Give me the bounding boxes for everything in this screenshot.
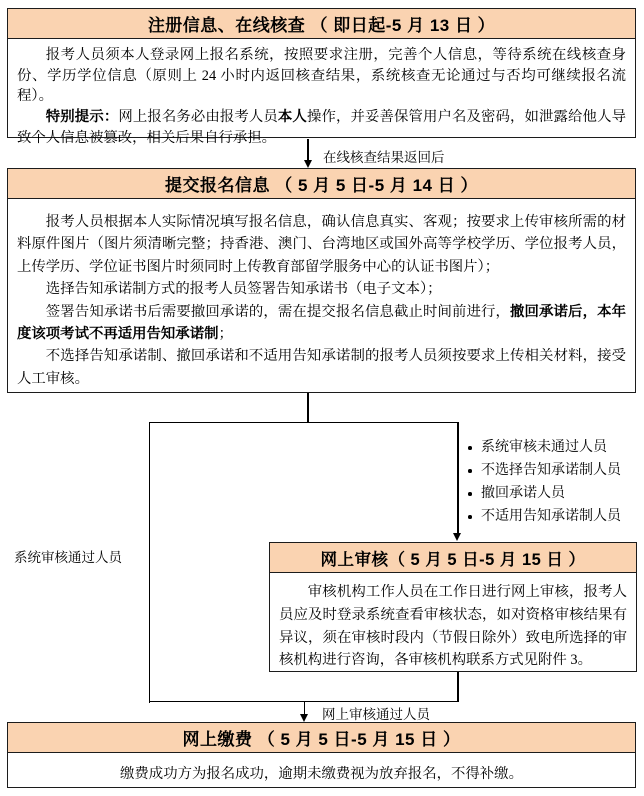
connector-line — [149, 422, 459, 423]
connector-label-online-check: 在线核查结果返回后 — [323, 146, 445, 166]
arrow-down-icon — [304, 160, 312, 168]
connector-line — [307, 393, 308, 423]
connector-label-review-passed: 网上审核通过人员 — [322, 703, 430, 723]
step-title-online-review: 网上审核（ 5 月 5 日-5 月 15 日 ） — [270, 543, 636, 573]
connector-line — [149, 422, 150, 703]
step-title-submit-info: 提交报名信息 （ 5 月 5 日-5 月 14 日 ） — [8, 169, 635, 199]
arrow-down-icon — [300, 714, 308, 722]
connector-line — [307, 139, 308, 161]
step-title-register: 注册信息、在线核查 （ 即日起-5 月 13 日 ） — [8, 9, 635, 39]
connector-line — [457, 672, 458, 702]
step-body-submit-info: 报考人员根据本人实际情况填写报名信息，确认信息真实、客观；按要求上传审核所需的材… — [8, 199, 635, 390]
connector-line — [304, 701, 305, 715]
branch-condition-list: 系统审核未通过人员不选择告知承诺制人员撤回承诺人员不适用告知承诺制人员 — [466, 436, 621, 528]
connector-line — [457, 422, 458, 534]
left-path-label-system-passed: 系统审核通过人员 — [14, 546, 122, 566]
step-body-payment: 缴费成功方为报名成功，逾期未缴费视为放弃报名，不得补缴。 — [8, 753, 635, 783]
step-body-online-review: 审核机构工作人员在工作日进行网上审核，报考人员应及时登录系统查看审核状态，如对资… — [270, 573, 636, 672]
flowchart-canvas: 注册信息、在线核查 （ 即日起-5 月 13 日 ） 报考人员须本人登录网上报名… — [0, 0, 644, 796]
step-box-payment: 网上缴费 （ 5 月 5 日-5 月 15 日 ） 缴费成功方为报名成功，逾期未… — [7, 722, 636, 788]
step-title-payment: 网上缴费 （ 5 月 5 日-5 月 15 日 ） — [8, 723, 635, 753]
step-box-register: 注册信息、在线核查 （ 即日起-5 月 13 日 ） 报考人员须本人登录网上报名… — [7, 8, 636, 138]
step-box-submit-info: 提交报名信息 （ 5 月 5 日-5 月 14 日 ） 报考人员根据本人实际情况… — [7, 168, 636, 393]
step-body-register: 报考人员须本人登录网上报名系统，按照要求注册，完善个人信息，等待系统在线核查身份… — [8, 39, 635, 149]
arrow-down-icon — [453, 533, 461, 541]
step-box-online-review: 网上审核（ 5 月 5 日-5 月 15 日 ） 审核机构工作人员在工作日进行网… — [269, 542, 637, 672]
